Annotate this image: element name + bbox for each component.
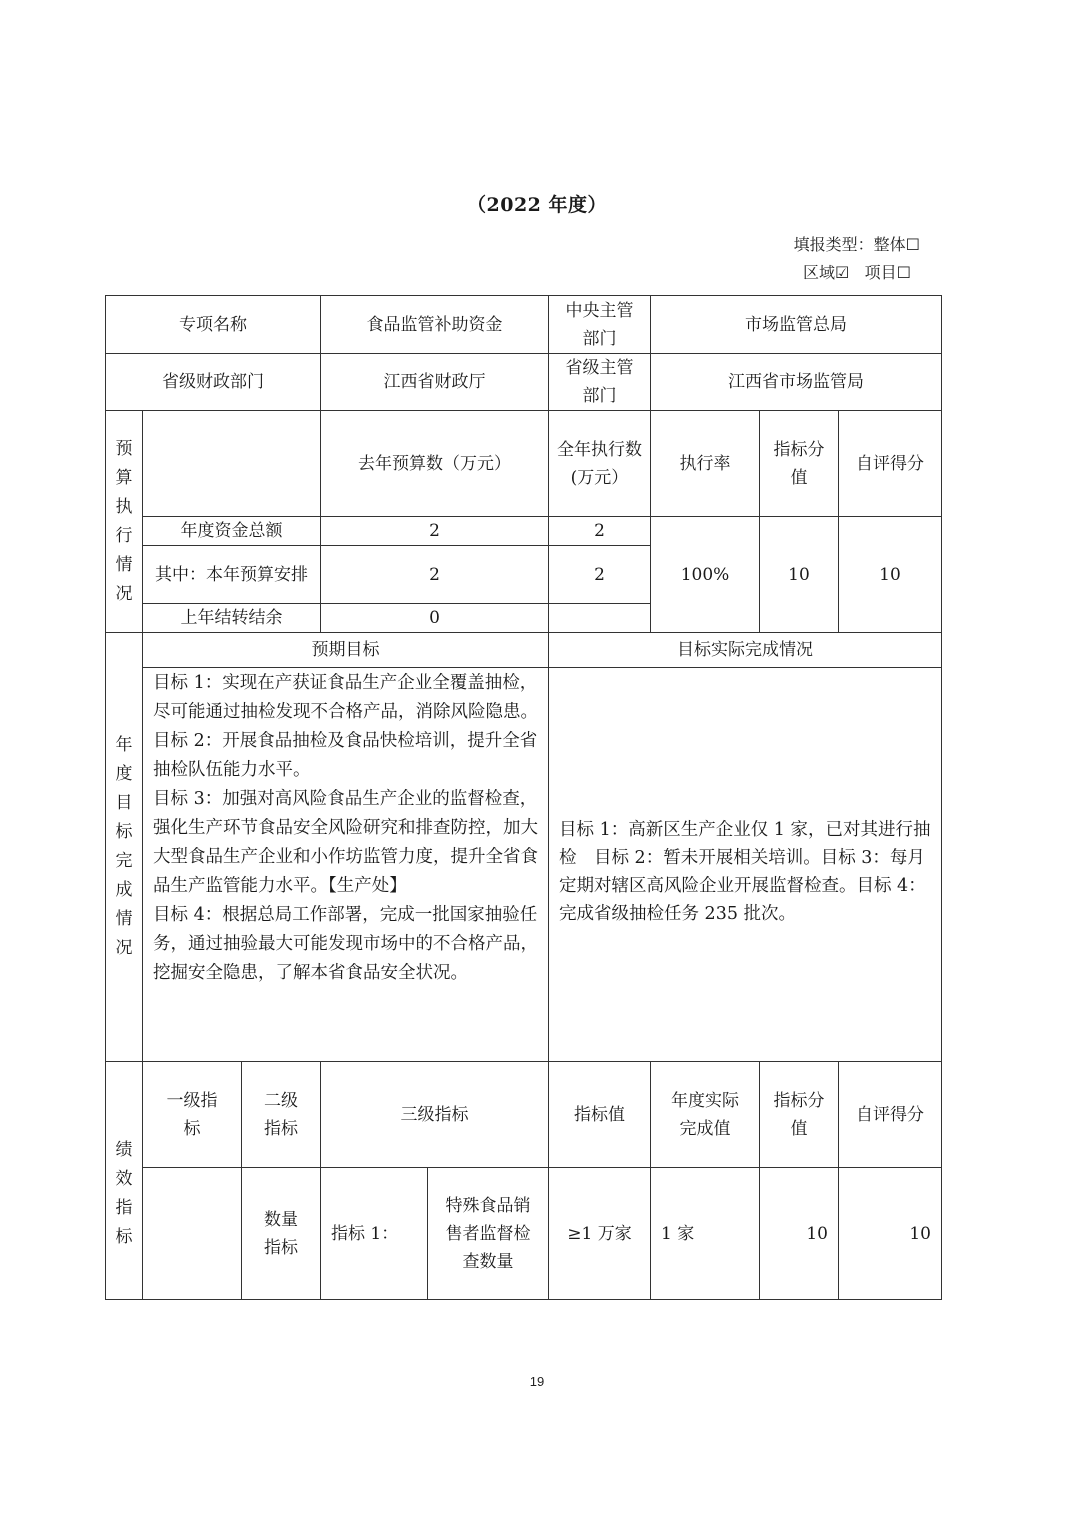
- perf-header-target: 指标值: [548, 1061, 651, 1168]
- report-type-line: 填报类型：整体☐: [794, 232, 920, 255]
- budget-row-current-label: 其中：本年预算安排: [142, 545, 321, 604]
- checkbox-region-checked-icon[interactable]: ☑: [835, 263, 849, 282]
- budget-row-total-executed: 2: [548, 516, 651, 546]
- budget-row-total-budget: 2: [320, 516, 549, 546]
- perf-row-level3-number: 指标 1：: [320, 1167, 428, 1300]
- report-type-line-2: 区域☑ 项目☐: [803, 260, 911, 283]
- report-type-label: 填报类型：: [794, 235, 874, 254]
- budget-self-score: 10: [838, 516, 942, 633]
- central-dept-label: 中央主管部门: [548, 295, 651, 354]
- budget-row-carryover-executed: [548, 603, 651, 633]
- budget-header-self-score: 自评得分: [838, 410, 942, 517]
- page-number: 19: [0, 1374, 1074, 1389]
- option-project-label: 项目: [865, 263, 897, 282]
- project-name-value: 食品监管补助资金: [320, 295, 549, 354]
- perf-header-actual: 年度实际完成值: [650, 1061, 760, 1168]
- budget-header-score-value: 指标分值: [759, 410, 839, 517]
- option-region-label: 区域: [803, 263, 835, 282]
- perf-header-level2: 二级指标: [241, 1061, 321, 1168]
- performance-section-label: 绩效指标: [105, 1061, 143, 1300]
- budget-score-value: 10: [759, 516, 839, 633]
- perf-header-score-value: 指标分值: [759, 1061, 839, 1168]
- budget-row-carryover-budget: 0: [320, 603, 549, 633]
- budget-section-label: 预算执行情况: [105, 410, 143, 633]
- perf-row-level2: 数量指标: [241, 1167, 321, 1300]
- perf-header-level3: 三级指标: [320, 1061, 549, 1168]
- checkbox-project-unchecked-icon[interactable]: ☐: [897, 263, 911, 282]
- perf-header-level1: 一级指标: [142, 1061, 242, 1168]
- actual-goals-header: 目标实际完成情况: [548, 632, 942, 668]
- budget-header-last-year: 去年预算数（万元）: [320, 410, 549, 517]
- prov-finance-value: 江西省财政厅: [320, 353, 549, 411]
- execution-rate-value: 100%: [650, 516, 760, 633]
- checkbox-whole-unchecked-icon[interactable]: ☐: [906, 235, 920, 254]
- expected-goals-text: 目标 1：实现在产获证食品生产企业全覆盖抽检，尽可能通过抽检发现不合格产品，消除…: [142, 667, 549, 1062]
- central-dept-value: 市场监管总局: [650, 295, 942, 354]
- option-whole-label: 整体: [874, 235, 906, 254]
- expected-goals-header: 预期目标: [142, 632, 549, 668]
- budget-row-total-label: 年度资金总额: [142, 516, 321, 546]
- perf-row-actual: 1 家: [650, 1167, 760, 1300]
- budget-row-current-executed: 2: [548, 545, 651, 604]
- budget-row-current-budget: 2: [320, 545, 549, 604]
- project-name-label: 专项名称: [105, 295, 321, 354]
- prov-finance-label: 省级财政部门: [105, 353, 321, 411]
- report-year-title: （2022 年度）: [0, 190, 1074, 217]
- perf-row-level3-name: 特殊食品销售者监督检查数量: [427, 1167, 549, 1300]
- goals-section-label: 年度目标完成情况: [105, 632, 143, 1062]
- budget-row-carryover-label: 上年结转结余: [142, 603, 321, 633]
- budget-header-blank: [142, 410, 321, 517]
- actual-goals-text: 目标 1：高新区生产企业仅 1 家，已对其进行抽检 目标 2：暂未开展相关培训。…: [548, 667, 942, 1062]
- perf-header-self-score: 自评得分: [838, 1061, 942, 1168]
- perf-row-level1: [142, 1167, 242, 1300]
- perf-row-self-score: 10: [838, 1167, 942, 1300]
- perf-row-target: ≥1 万家: [548, 1167, 651, 1300]
- prov-dept-label: 省级主管部门: [548, 353, 651, 411]
- perf-row-score-value: 10: [759, 1167, 839, 1300]
- budget-header-rate: 执行率: [650, 410, 760, 517]
- prov-dept-value: 江西省市场监管局: [650, 353, 942, 411]
- budget-header-executed: 全年执行数(万元）: [548, 410, 651, 517]
